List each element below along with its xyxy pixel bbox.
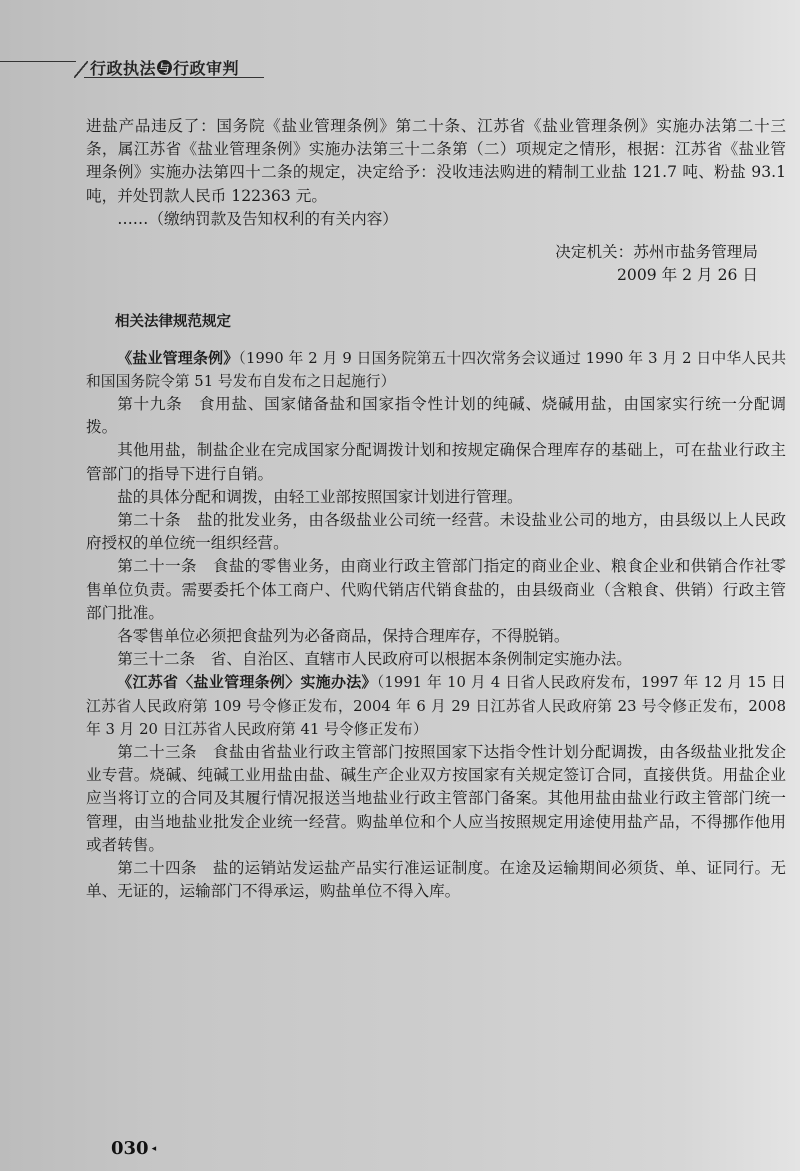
- source-citation: 《江苏省〈盐业管理条例〉实施办法》（1991 年 10 月 4 日省人民政府发布…: [86, 671, 786, 741]
- article-paragraph: 各零售单位必须把食盐列为必备商品，保持合理库存，不得脱销。: [86, 625, 786, 648]
- decision-paragraph: 进盐产品违反了：国务院《盐业管理条例》第二十条、江苏省《盐业管理条例》实施办法第…: [86, 115, 786, 208]
- header-rule: [0, 61, 76, 62]
- article-paragraph: 第十九条 食用盐、国家储备盐和国家指令性计划的纯碱、烧碱用盐，由国家实行统一分配…: [86, 393, 786, 439]
- running-header-right: 行政审判: [173, 56, 239, 79]
- decision-date: 2009 年 2 月 26 日: [86, 264, 786, 287]
- article-paragraph: 第二十三条 食盐由省盐业行政主管部门按照国家下达指令性计划分配调拨，由各级盐业批…: [86, 741, 786, 857]
- article-paragraph: 第二十条 盐的批发业务，由各级盐业公司统一经营。未设盐业公司的地方，由县级以上人…: [86, 509, 786, 555]
- book-page: 行政执法 与 行政审判 进盐产品违反了：国务院《盐业管理条例》第二十条、江苏省《…: [0, 0, 800, 1171]
- source-title: 《江苏省〈盐业管理条例〉实施办法》: [117, 673, 377, 691]
- article-paragraph: 其他用盐，制盐企业在完成国家分配调拨计划和按规定确保合理库存的基础上，可在盐业行…: [86, 439, 786, 485]
- article-paragraph: 盐的具体分配和调拨，由轻工业部按照国家计划进行管理。: [86, 486, 786, 509]
- section-heading: 相关法律规范规定: [86, 311, 786, 334]
- circle-connector-icon: 与: [157, 60, 172, 75]
- page-body: 进盐产品违反了：国务院《盐业管理条例》第二十条、江苏省《盐业管理条例》实施办法第…: [86, 115, 786, 904]
- running-header-left: 行政执法: [90, 56, 156, 79]
- source-citation: 《盐业管理条例》（1990 年 2 月 9 日国务院第五十四次常务会议通过 19…: [86, 347, 786, 393]
- article-paragraph: 第二十一条 食盐的零售业务，由商业行政主管部门指定的商业企业、粮食企业和供销合作…: [86, 555, 786, 625]
- header-rule-slant: [74, 61, 88, 78]
- running-header: 行政执法 与 行政审判: [90, 56, 239, 79]
- article-paragraph: 第二十四条 盐的运销站发运盐产品实行准运证制度。在途及运输期间必须货、单、证同行…: [86, 857, 786, 903]
- page-number-value: 030: [111, 1138, 149, 1159]
- article-paragraph: 第三十二条 省、自治区、直辖市人民政府可以根据本条例制定实施办法。: [86, 648, 786, 671]
- omission-note: ……（缴纳罚款及告知权利的有关内容）: [86, 208, 786, 231]
- decision-authority: 决定机关：苏州市盐务管理局: [86, 241, 786, 264]
- page-number: 030 ◂: [111, 1138, 156, 1159]
- page-marker-icon: ◂: [152, 1144, 157, 1154]
- source-title: 《盐业管理条例》: [117, 349, 238, 367]
